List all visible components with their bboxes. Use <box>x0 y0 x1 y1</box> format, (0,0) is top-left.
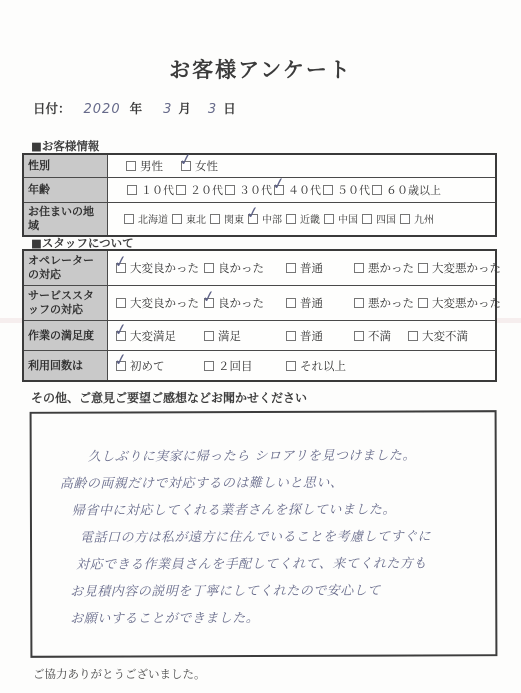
row-options-satisfaction: ✓ 大変満足 ✓ 満足 ✓ 普通 ✓ 不満 ✓ 大変不満 <box>108 321 495 350</box>
checkbox[interactable]: ✓ <box>354 298 364 308</box>
option-label: １０代 <box>141 182 174 198</box>
checkbox-option-chubu[interactable]: ✓ 中部 <box>248 211 282 226</box>
checkbox-option-age-30s[interactable]: ✓ ３０代 <box>225 182 272 198</box>
checkbox-option-age-40s[interactable]: ✓ ４０代 <box>274 182 321 198</box>
checkbox-option-op-verygood[interactable]: ✓ 大変良かった <box>116 260 204 276</box>
comments-box[interactable]: 久しぶりに実家に帰ったら シロアリを見つけました。 高齢の両親だけで対応するのは… <box>30 410 498 658</box>
table-row-satisfaction: 作業の満足度 ✓ 大変満足 ✓ 満足 ✓ 普通 ✓ 不満 <box>24 320 495 350</box>
page-title: お客様アンケート <box>0 54 521 84</box>
checkbox[interactable]: ✓ <box>418 298 428 308</box>
checkbox-option-svc-verybad[interactable]: ✓ 大変悪かった <box>418 295 501 311</box>
checkbox-option-svc-good[interactable]: ✓ 良かった <box>204 295 286 311</box>
checkbox-option-svc-verygood[interactable]: ✓ 大変良かった <box>116 295 204 311</box>
option-label: 北海道 <box>138 211 168 226</box>
checkbox-option-kyushu[interactable]: ✓ 九州 <box>400 211 434 226</box>
handwritten-line: 対応できる作業員さんを手配してくれて、来てくれた方も <box>32 550 495 579</box>
option-label: 大変満足 <box>130 328 176 344</box>
option-label: 東北 <box>186 211 206 226</box>
checkbox[interactable]: ✓ <box>362 214 372 224</box>
row-options-age: ✓ １０代 ✓ ２０代 ✓ ３０代 ✓ ４０代 ✓ ５０代 <box>108 178 495 202</box>
handwritten-line: 久しぶりに実家に帰ったら シロアリを見つけました。 <box>32 442 495 471</box>
checkbox[interactable]: ✓ <box>127 185 137 195</box>
date-year-handwritten: 2020 <box>84 102 121 117</box>
staff-table: オペレーターの対応 ✓ 大変良かった ✓ 良かった ✓ 普通 ✓ 悪かった <box>22 249 497 382</box>
row-label-operator: オペレーターの対応 <box>24 251 108 285</box>
checkbox[interactable]: ✓ <box>372 185 382 195</box>
handwritten-line: 電話口の方は私が遠方に住んでいることを考慮してすぐに <box>32 523 495 552</box>
table-row-age: 年齢 ✓ １０代 ✓ ２０代 ✓ ３０代 ✓ ４０代 <box>24 177 495 202</box>
option-label: 大変良かった <box>130 295 199 311</box>
checkbox[interactable]: ✓ <box>225 185 235 195</box>
checkbox-option-op-bad[interactable]: ✓ 悪かった <box>354 260 418 276</box>
option-label: 良かった <box>218 295 264 311</box>
checkmark-icon: ✓ <box>113 320 129 338</box>
option-label: 大変不満 <box>422 328 468 344</box>
row-options-service-staff: ✓ 大変良かった ✓ 良かった ✓ 普通 ✓ 悪かった ✓ 大変悪かった <box>108 286 495 320</box>
option-label: ４０代 <box>288 182 321 198</box>
option-label: 不満 <box>368 328 391 344</box>
checkbox[interactable]: ✓ <box>286 331 296 341</box>
checkbox[interactable]: ✓ <box>354 263 364 273</box>
option-label: 大変悪かった <box>432 295 501 311</box>
option-label: 悪かった <box>368 260 414 276</box>
option-label: 男性 <box>140 158 163 174</box>
option-label: 普通 <box>300 260 323 276</box>
row-label-age: 年齢 <box>24 178 108 202</box>
row-options-operator: ✓ 大変良かった ✓ 良かった ✓ 普通 ✓ 悪かった ✓ 大変悪かった <box>108 251 495 285</box>
handwritten-line: 高齢の両親だけで対応するのは難しいと思い、 <box>32 469 495 498</box>
checkbox[interactable]: ✓ <box>210 214 220 224</box>
date-label: 日付： <box>33 99 71 117</box>
handwritten-line: お願いすることができました。 <box>32 604 495 633</box>
option-label: 近畿 <box>300 211 320 226</box>
date-year-unit: 年 <box>130 99 143 117</box>
option-label: 女性 <box>195 158 218 174</box>
checkbox-option-more-times[interactable]: ✓ それ以上 <box>286 358 354 374</box>
checkbox[interactable]: ✓ <box>204 331 214 341</box>
survey-sheet: お客様アンケート 日付： 2020 年 3 月 3 日 ■お客様情報 性別 ✓ … <box>0 0 521 693</box>
checkbox[interactable]: ✓ <box>204 361 214 371</box>
checkbox[interactable]: ✓ <box>204 263 214 273</box>
date-month-unit: 月 <box>178 99 191 117</box>
checkbox-option-sat-satisfied[interactable]: ✓ 満足 <box>204 328 286 344</box>
handwritten-line: お見積内容の説明を丁寧にしてくれたので安心して <box>32 577 495 606</box>
row-label-service-staff: サービススタッフの対応 <box>24 286 108 320</box>
row-label-gender: 性別 <box>24 155 108 177</box>
checkmark-icon: ✓ <box>245 204 261 222</box>
row-label-region: お住まいの地域 <box>24 203 108 235</box>
checkbox-option-sat-verysatisfied[interactable]: ✓ 大変満足 <box>116 328 204 344</box>
table-row-usage-count: 利用回数は ✓ 初めて ✓ ２回目 ✓ それ以上 <box>24 350 495 380</box>
checkbox[interactable]: ✓ <box>248 214 258 224</box>
row-options-gender: ✓ 男性 ✓ 女性 <box>108 155 495 177</box>
checkbox-option-chugoku[interactable]: ✓ 中国 <box>324 211 358 226</box>
section-title-customer-info: ■お客様情報 <box>31 138 99 154</box>
option-label: 関東 <box>224 211 244 226</box>
checkbox-option-kinki[interactable]: ✓ 近畿 <box>286 211 320 226</box>
checkbox[interactable]: ✓ <box>274 185 284 195</box>
checkbox-option-tohoku[interactable]: ✓ 東北 <box>172 211 206 226</box>
option-label: ３０代 <box>239 182 272 198</box>
footer-thanks: ご協力ありがとうございました。 <box>33 666 206 682</box>
checkmark-icon: ✓ <box>113 350 129 368</box>
option-label: ５０代 <box>337 182 370 198</box>
option-label: 四国 <box>376 211 396 226</box>
checkbox-option-age-10s[interactable]: ✓ １０代 <box>127 182 174 198</box>
date-day-handwritten: 3 <box>208 102 217 117</box>
checkbox[interactable]: ✓ <box>204 298 214 308</box>
checkbox-option-age-50s[interactable]: ✓ ５０代 <box>323 182 370 198</box>
checkbox[interactable]: ✓ <box>286 263 296 273</box>
comments-prompt: その他、ご意見ご要望ご感想などお聞かせください <box>31 389 307 406</box>
checkbox[interactable]: ✓ <box>116 263 126 273</box>
checkbox-option-sat-dissatisfied[interactable]: ✓ 不満 <box>354 328 408 344</box>
checkbox-option-male[interactable]: ✓ 男性 <box>126 158 163 174</box>
checkbox[interactable]: ✓ <box>124 214 134 224</box>
checkmark-icon: ✓ <box>178 151 194 169</box>
option-label: 普通 <box>300 328 323 344</box>
checkbox-option-svc-normal[interactable]: ✓ 普通 <box>286 295 354 311</box>
checkbox-option-shikoku[interactable]: ✓ 四国 <box>362 211 396 226</box>
option-label: 満足 <box>218 328 241 344</box>
customer-info-table: 性別 ✓ 男性 ✓ 女性 年齢 ✓ １０代 ✓ <box>22 153 497 237</box>
checkbox[interactable]: ✓ <box>286 298 296 308</box>
checkbox[interactable]: ✓ <box>286 214 296 224</box>
option-label: ２０代 <box>190 182 223 198</box>
checkbox[interactable]: ✓ <box>408 331 418 341</box>
checkbox-option-op-normal[interactable]: ✓ 普通 <box>286 260 354 276</box>
checkbox-option-age-60plus[interactable]: ✓ ６０歳以上 <box>372 182 441 198</box>
option-label: 初めて <box>130 358 165 374</box>
checkbox[interactable]: ✓ <box>354 331 364 341</box>
option-label: 悪かった <box>368 295 414 311</box>
option-label: ６０歳以上 <box>386 182 441 198</box>
checkbox-option-first-time[interactable]: ✓ 初めて <box>116 358 204 374</box>
option-label: 大変良かった <box>130 260 199 276</box>
option-label: 中国 <box>338 211 358 226</box>
checkbox-option-female[interactable]: ✓ 女性 <box>181 158 218 174</box>
date-row: 日付： 2020 年 3 月 3 日 <box>33 99 236 117</box>
row-options-region: ✓ 北海道 ✓ 東北 ✓ 関東 ✓ 中部 ✓ 近畿 <box>108 203 495 235</box>
checkbox[interactable]: ✓ <box>323 185 333 195</box>
row-label-satisfaction: 作業の満足度 <box>24 321 108 350</box>
checkbox-option-second-time[interactable]: ✓ ２回目 <box>204 358 286 374</box>
checkbox[interactable]: ✓ <box>126 161 136 171</box>
handwritten-line: 帰省中に対応してくれる業者さんを探していました。 <box>32 496 495 525</box>
checkmark-icon: ✓ <box>201 288 217 306</box>
option-label: 九州 <box>414 211 434 226</box>
checkbox-option-hokkaido[interactable]: ✓ 北海道 <box>124 211 168 226</box>
checkbox[interactable]: ✓ <box>286 361 296 371</box>
checkbox[interactable]: ✓ <box>172 214 182 224</box>
option-label: 普通 <box>300 295 323 311</box>
checkbox[interactable]: ✓ <box>116 331 126 341</box>
checkbox[interactable]: ✓ <box>400 214 410 224</box>
checkbox[interactable]: ✓ <box>116 298 126 308</box>
table-row-gender: 性別 ✓ 男性 ✓ 女性 <box>24 155 495 177</box>
option-label: 良かった <box>218 260 264 276</box>
option-label: ２回目 <box>218 358 253 374</box>
checkbox-option-svc-bad[interactable]: ✓ 悪かった <box>354 295 418 311</box>
table-row-region: お住まいの地域 ✓ 北海道 ✓ 東北 ✓ 関東 ✓ 中部 <box>24 202 495 235</box>
table-row-service-staff: サービススタッフの対応 ✓ 大変良かった ✓ 良かった ✓ 普通 ✓ 悪かった <box>24 285 495 320</box>
table-row-operator: オペレーターの対応 ✓ 大変良かった ✓ 良かった ✓ 普通 ✓ 悪かった <box>24 251 495 285</box>
option-label: 大変悪かった <box>432 260 501 276</box>
checkbox[interactable]: ✓ <box>181 161 191 171</box>
checkmark-icon: ✓ <box>113 253 129 271</box>
checkbox-option-sat-normal[interactable]: ✓ 普通 <box>286 328 354 344</box>
checkbox[interactable]: ✓ <box>418 263 428 273</box>
checkmark-icon: ✓ <box>271 175 287 193</box>
checkbox-option-sat-verydissatisfied[interactable]: ✓ 大変不満 <box>408 328 468 344</box>
checkbox-option-op-good[interactable]: ✓ 良かった <box>204 260 286 276</box>
date-day-unit: 日 <box>223 99 236 117</box>
option-label: 中部 <box>262 211 282 226</box>
checkbox[interactable]: ✓ <box>324 214 334 224</box>
date-month-handwritten: 3 <box>163 102 172 117</box>
checkbox[interactable]: ✓ <box>116 361 126 371</box>
option-label: それ以上 <box>300 358 346 374</box>
row-label-usage-count: 利用回数は <box>24 351 108 380</box>
checkbox-option-age-20s[interactable]: ✓ ２０代 <box>176 182 223 198</box>
checkbox-option-kanto[interactable]: ✓ 関東 <box>210 211 244 226</box>
checkbox-option-op-verybad[interactable]: ✓ 大変悪かった <box>418 260 501 276</box>
checkbox[interactable]: ✓ <box>176 185 186 195</box>
row-options-usage-count: ✓ 初めて ✓ ２回目 ✓ それ以上 <box>108 351 495 380</box>
